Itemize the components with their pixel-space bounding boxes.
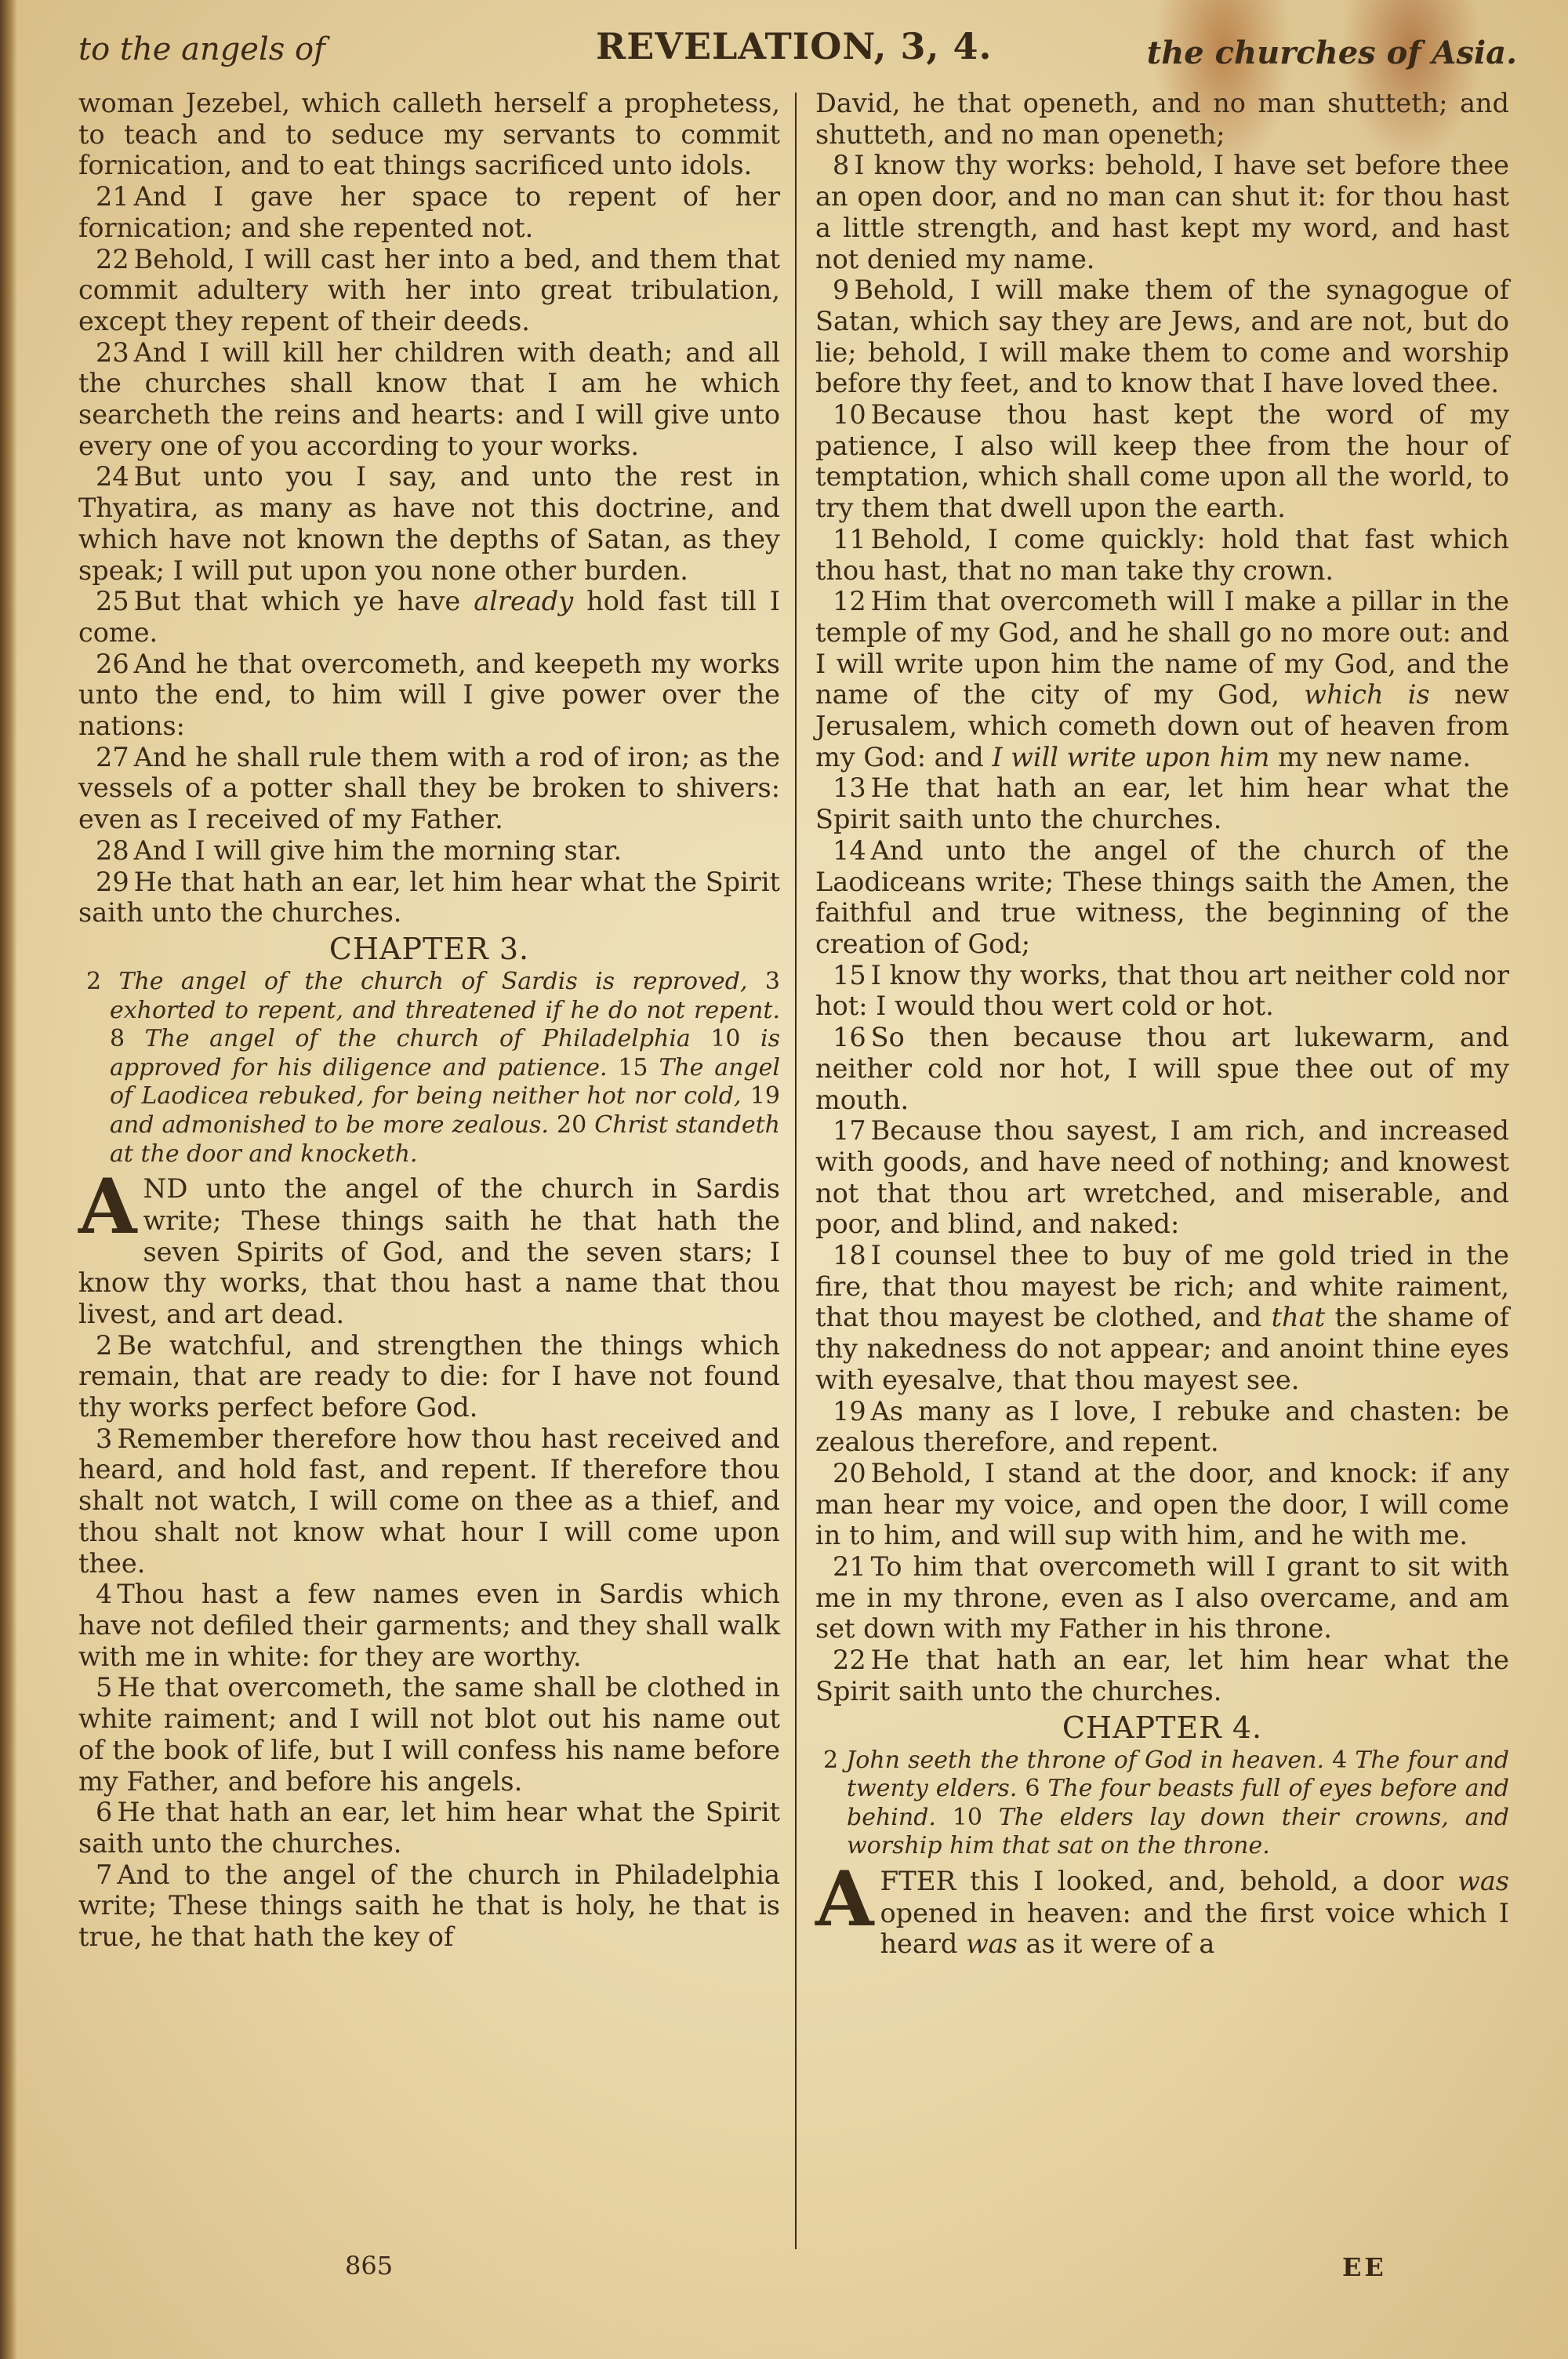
- verse: 2Be watchful, and strengthen the things …: [78, 1330, 780, 1423]
- chapter-4-summary: 2 John seeth the throne of God in heaven…: [815, 1747, 1509, 1861]
- verse: 17Because thou sayest, I am rich, and in…: [815, 1115, 1509, 1240]
- page-number: 865: [345, 2251, 393, 2281]
- verse: 26And he that overcometh, and keepeth my…: [78, 649, 780, 742]
- verse: 14And unto the angel of the church of th…: [815, 835, 1509, 960]
- verse: 21And I gave her space to repent of her …: [78, 181, 780, 243]
- verse: 27And he shall rule them with a rod of i…: [78, 742, 780, 835]
- verse: 10Because thou hast kept the word of my …: [815, 399, 1509, 524]
- bible-page: to the angels of REVELATION, 3, 4. the c…: [0, 0, 1568, 2359]
- chapter-3-summary: 2 The angel of the church of Sardis is r…: [78, 968, 780, 1169]
- verse: 5He that overcometh, the same shall be c…: [78, 1672, 780, 1797]
- verse: 23And I will kill her children with deat…: [78, 337, 780, 462]
- verse: 25But that which ye have already hold fa…: [78, 586, 780, 648]
- verse: 18I counsel thee to buy of me gold tried…: [815, 1240, 1509, 1396]
- header-title: REVELATION, 3, 4.: [596, 25, 993, 67]
- verse: 12Him that overcometh will I make a pill…: [815, 586, 1509, 772]
- verse: 11Behold, I come quickly: hold that fast…: [815, 524, 1509, 586]
- verse: 16So then because thou art lukewarm, and…: [815, 1022, 1509, 1115]
- verse: 8I know thy works: behold, I have set be…: [815, 150, 1509, 274]
- verse: 28And I will give him the morning star.: [78, 835, 780, 867]
- verse: 13He that hath an ear, let him hear what…: [815, 772, 1509, 834]
- verse: 7And to the angel of the church in Phila…: [78, 1859, 780, 1953]
- header-right: the churches of Asia.: [1147, 35, 1517, 71]
- verse-continuation: David, he that openeth, and no man shutt…: [815, 88, 1509, 150]
- verse: 3Remember therefore how thou hast receiv…: [78, 1423, 780, 1579]
- column-divider: [795, 93, 797, 2249]
- verse: 6He that hath an ear, let him hear what …: [78, 1797, 780, 1859]
- verse: 9Behold, I will make them of the synagog…: [815, 274, 1509, 399]
- verse: 15I know thy works, that thou art neithe…: [815, 960, 1509, 1022]
- drop-cap: A: [78, 1176, 136, 1238]
- verse: 21To him that overcometh will I grant to…: [815, 1551, 1509, 1645]
- chapter-4-heading: CHAPTER 4.: [815, 1710, 1509, 1745]
- header-left: to the angels of: [78, 31, 325, 67]
- verse: 4Thou hast a few names even in Sardis wh…: [78, 1579, 780, 1672]
- drop-cap: A: [815, 1869, 873, 1930]
- verse-continuation: woman Jezebel, which calleth herself a p…: [78, 88, 780, 181]
- right-column: David, he that openeth, and no man shutt…: [815, 88, 1509, 1960]
- verse: 20Behold, I stand at the door, and knock…: [815, 1458, 1509, 1551]
- verse: 24But unto you I say, and unto the rest …: [78, 461, 780, 586]
- verse: 29He that hath an ear, let him hear what…: [78, 867, 780, 929]
- running-header: to the angels of REVELATION, 3, 4. the c…: [78, 25, 1517, 80]
- verse: 22Behold, I will cast her into a bed, an…: [78, 244, 780, 337]
- verse: 22He that hath an ear, let him hear what…: [815, 1645, 1509, 1707]
- chapter-3-heading: CHAPTER 3.: [78, 932, 780, 966]
- book-spine-shadow: [0, 0, 17, 2359]
- chapter-3-verse-1: AND unto the angel of the church in Sard…: [78, 1173, 780, 1330]
- signature-mark: EE: [1342, 2252, 1387, 2282]
- verse: 19As many as I love, I rebuke and chaste…: [815, 1396, 1509, 1458]
- chapter-4-verse-1: AFTER this I looked, and, behold, a door…: [815, 1866, 1509, 1960]
- left-column: woman Jezebel, which calleth herself a p…: [78, 88, 780, 1953]
